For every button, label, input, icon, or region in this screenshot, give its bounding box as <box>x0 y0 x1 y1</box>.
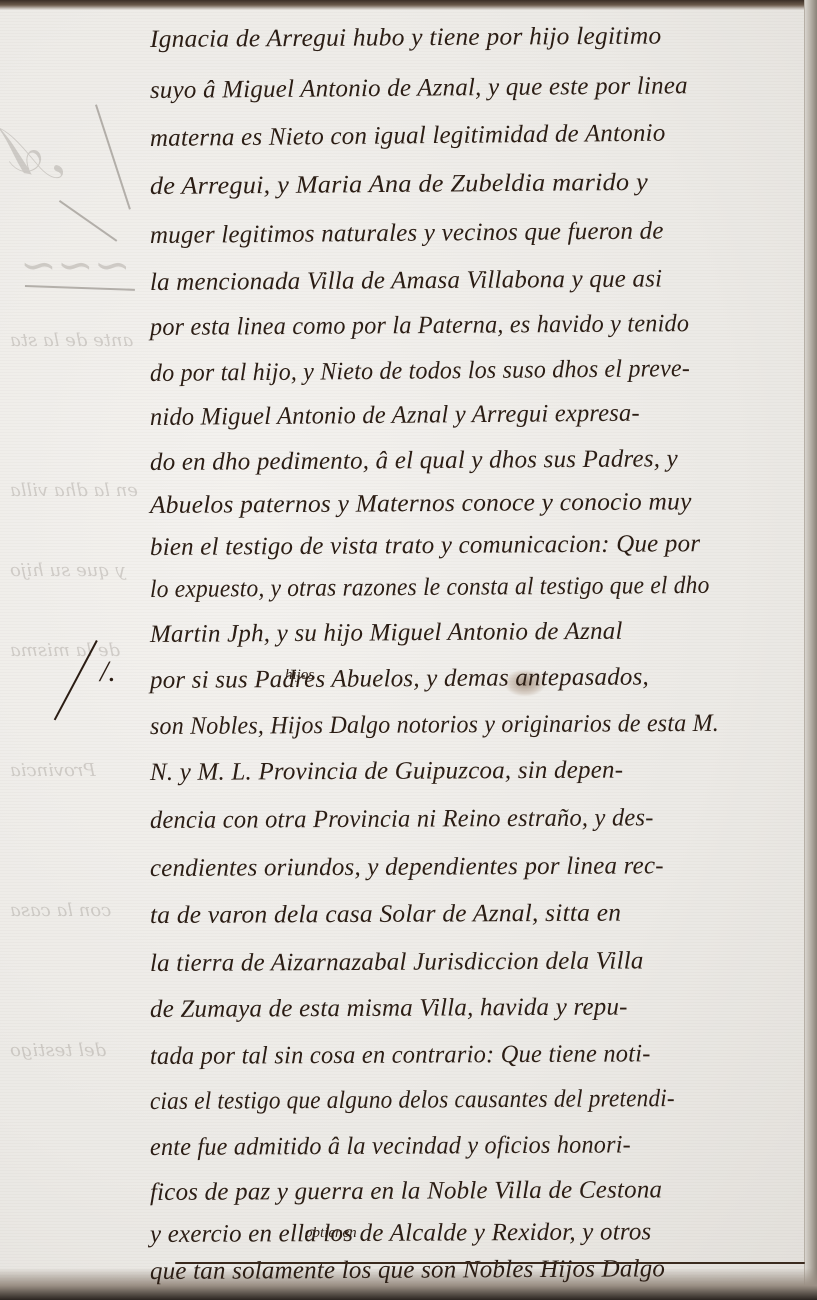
page-top-edge <box>0 0 817 10</box>
text-line: materna es Nieto con igual legitimidad d… <box>150 120 666 165</box>
text-line: tada por tal sin cosa en contrario: Que … <box>150 1040 651 1083</box>
text-line: ta de varon dela casa Solar de Aznal, si… <box>150 900 621 942</box>
text-line: la tierra de Aizarnazabal Jurisdiccion d… <box>150 947 644 990</box>
bleed-through-text: Provincia <box>10 760 96 781</box>
manuscript-page: 𝒜 ~~~ ante de la sta en la dha villa y q… <box>0 0 817 1300</box>
bleed-through-stroke <box>95 104 131 209</box>
text-line: muger legitimos naturales y vecinos que … <box>150 218 664 262</box>
margin-note: /. <box>100 655 116 689</box>
text-line: do en dho pedimento, â el qual y dhos su… <box>150 445 678 489</box>
text-line: la mencionada Villa de Amasa Villabona y… <box>150 265 663 309</box>
interlinear-insertion: obtienen <box>305 1225 357 1242</box>
text-line: do por tal hijo, y Nieto de todos los su… <box>150 355 690 400</box>
text-line: cias el testigo que alguno delos causant… <box>150 1085 675 1128</box>
text-line: Abuelos paternos y Maternos conoce y con… <box>150 488 692 532</box>
bleed-through-text: ~~~ <box>20 240 131 291</box>
text-line: N. y M. L. Provincia de Guipuzcoa, sin d… <box>150 757 623 799</box>
text-line: ficos de paz y guerra en la Noble Villa … <box>150 1176 662 1219</box>
text-line: dencia con otra Provincia ni Reino estra… <box>150 804 654 847</box>
bleed-through-text: ante de la sta <box>10 330 133 351</box>
text-line: por esta linea como por la Paterna, es h… <box>150 310 689 354</box>
bleed-through-stroke <box>59 200 117 242</box>
text-line: son Nobles, Hijos Dalgo notorios y origi… <box>150 710 719 753</box>
text-line: ente fue admitido â la vecindad y oficio… <box>150 1131 631 1174</box>
bleed-through-text: en la dha villa <box>10 480 138 501</box>
text-line: de Arregui, y Maria Ana de Zubeldia mari… <box>150 169 648 213</box>
text-line: de Zumaya de esta misma Villa, havida y … <box>150 993 628 1036</box>
text-line: lo expuesto, y otras razones le consta a… <box>150 572 710 616</box>
text-line: por si sus Padres Abuelos, y demas antep… <box>150 664 649 707</box>
text-line: suyo â Miguel Antonio de Aznal, y que es… <box>150 72 688 117</box>
bleed-through-text: y que su hijo <box>10 560 126 581</box>
bleed-through-text: con la casa <box>10 900 111 921</box>
text-line: bien el testigo de vista trato y comunic… <box>150 530 701 574</box>
text-line: cendientes oriundos, y dependientes por … <box>150 852 664 895</box>
text-line: nido Miguel Antonio de Aznal y Arregui e… <box>150 400 640 444</box>
page-right-edge <box>804 0 817 1300</box>
bleed-through-text: del testigo <box>10 1040 106 1061</box>
text-line: Martin Jph, y su hijo Miguel Antonio de … <box>150 618 623 661</box>
text-line: y exercio en ella los de Alcalde y Rexid… <box>150 1218 652 1261</box>
closing-rule <box>175 1262 805 1264</box>
text-line: Ignacia de Arregui hubo y tiene por hijo… <box>150 23 662 66</box>
bleed-through-text: 𝒜 <box>5 116 71 193</box>
interlinear-insertion: hijos <box>285 667 314 684</box>
